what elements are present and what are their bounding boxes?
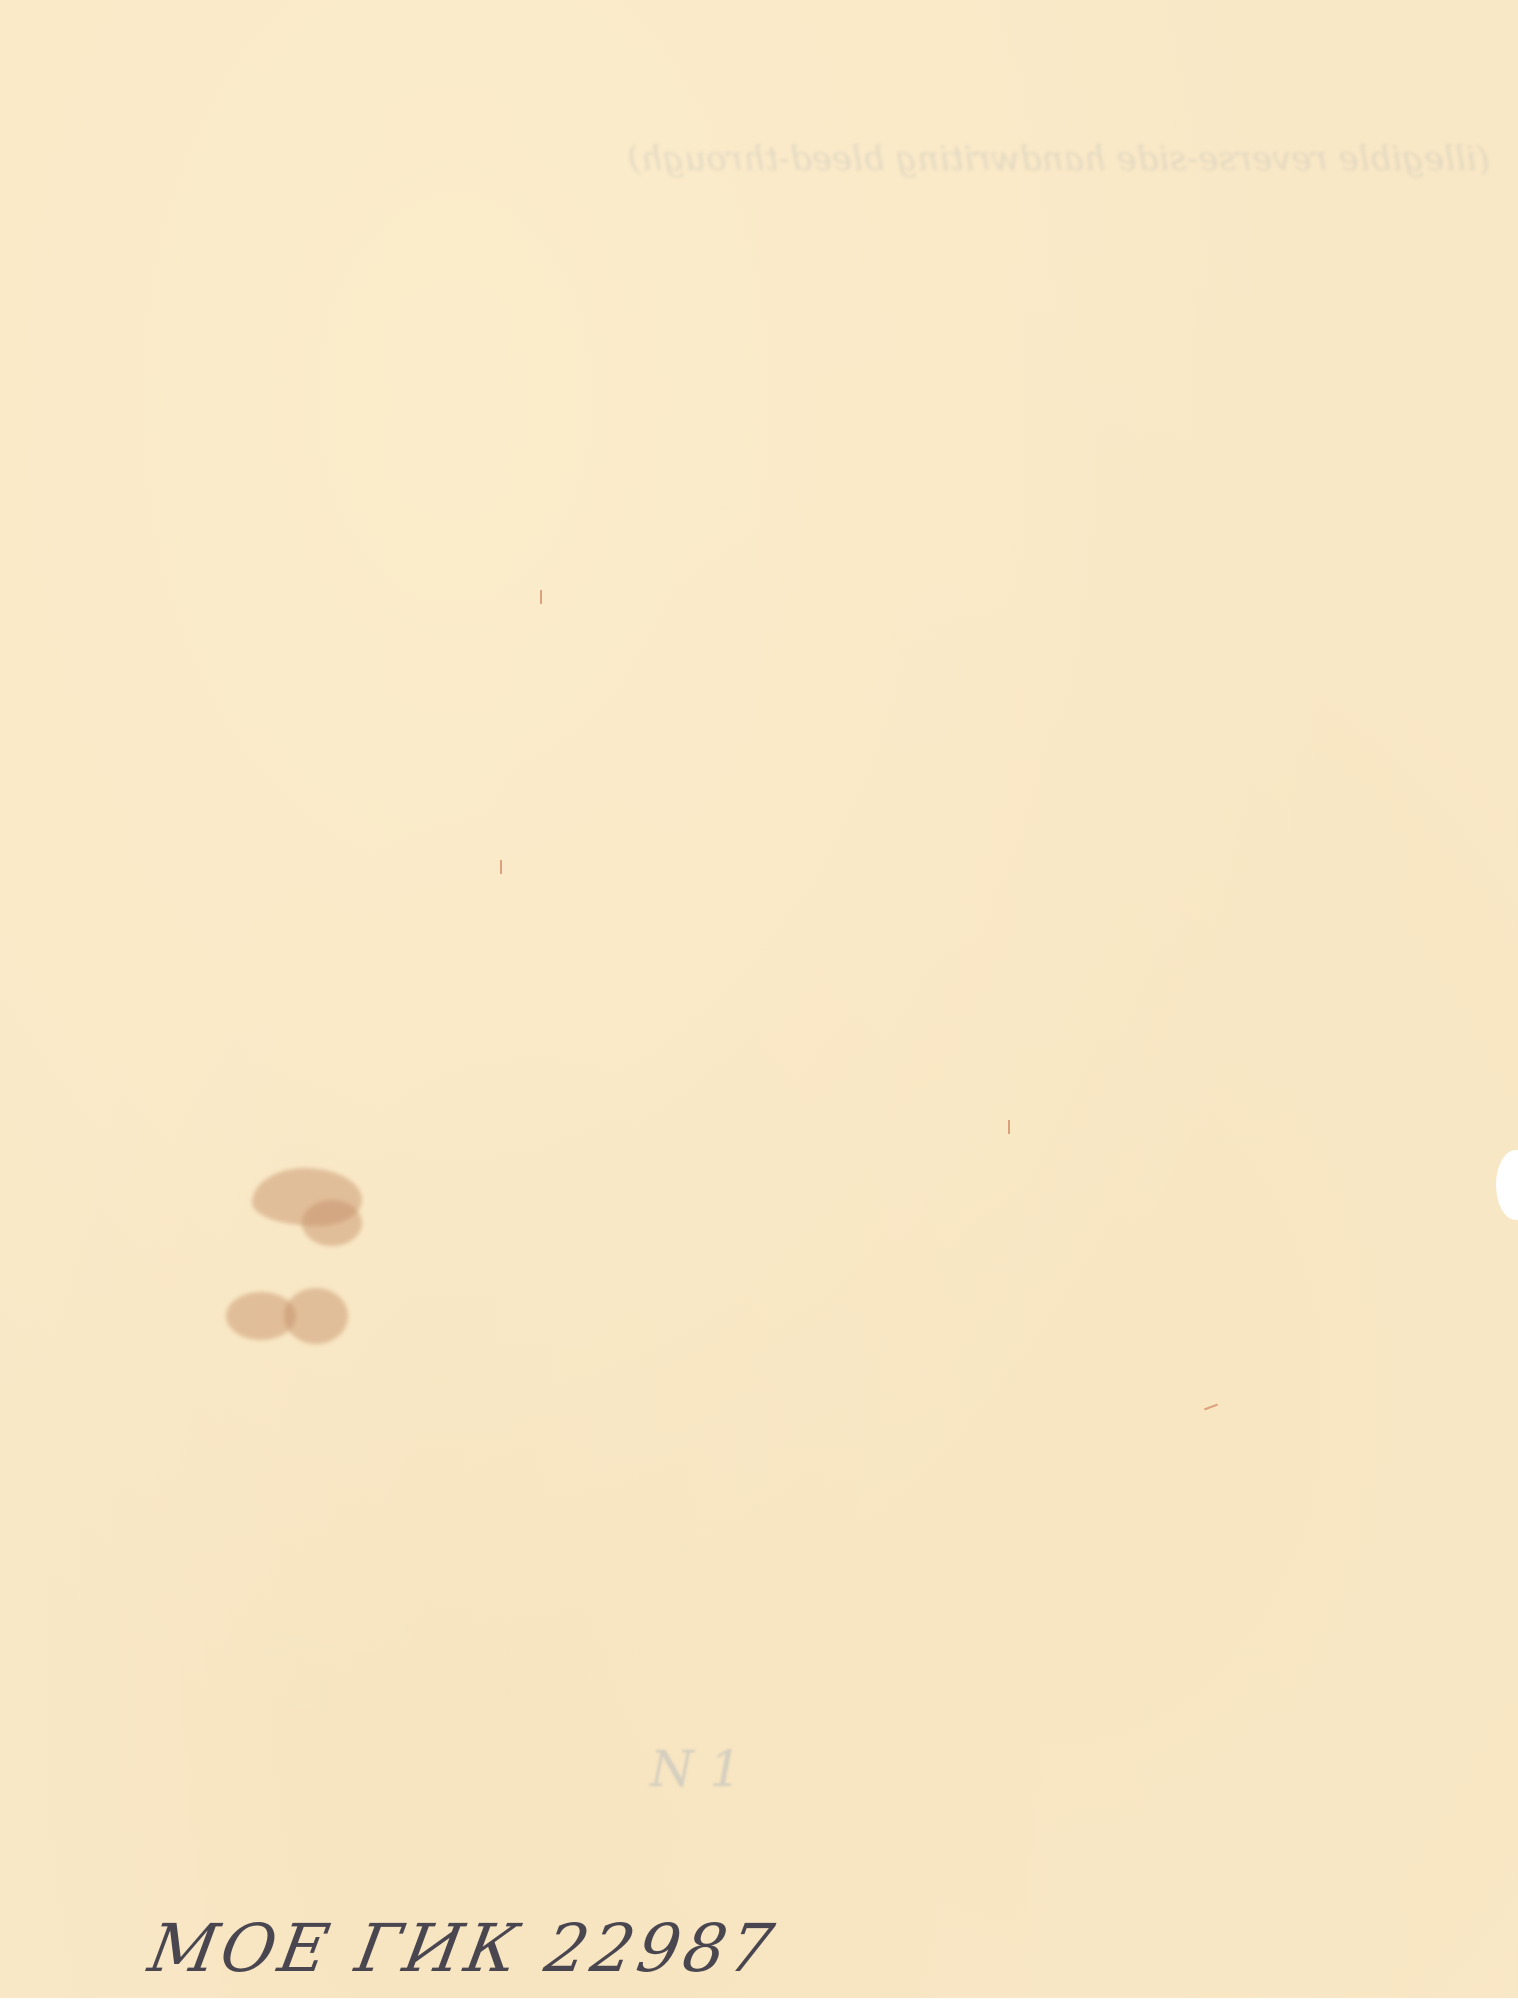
paper-fiber: [540, 590, 542, 604]
show-through-text: (illegible reverse-side handwriting blee…: [110, 130, 1490, 1190]
paper-sheet: (illegible reverse-side handwriting blee…: [0, 0, 1518, 1998]
paper-fiber: [1204, 1404, 1218, 1411]
inventory-number: МОЕ ГИК 22987: [143, 1910, 783, 1987]
faint-pencil-mark: N 1: [650, 1740, 790, 1820]
paper-fiber: [500, 860, 502, 874]
paper-fiber: [1008, 1120, 1010, 1134]
stain-lower-right: [284, 1288, 348, 1344]
stain-upper-drip: [302, 1200, 362, 1246]
